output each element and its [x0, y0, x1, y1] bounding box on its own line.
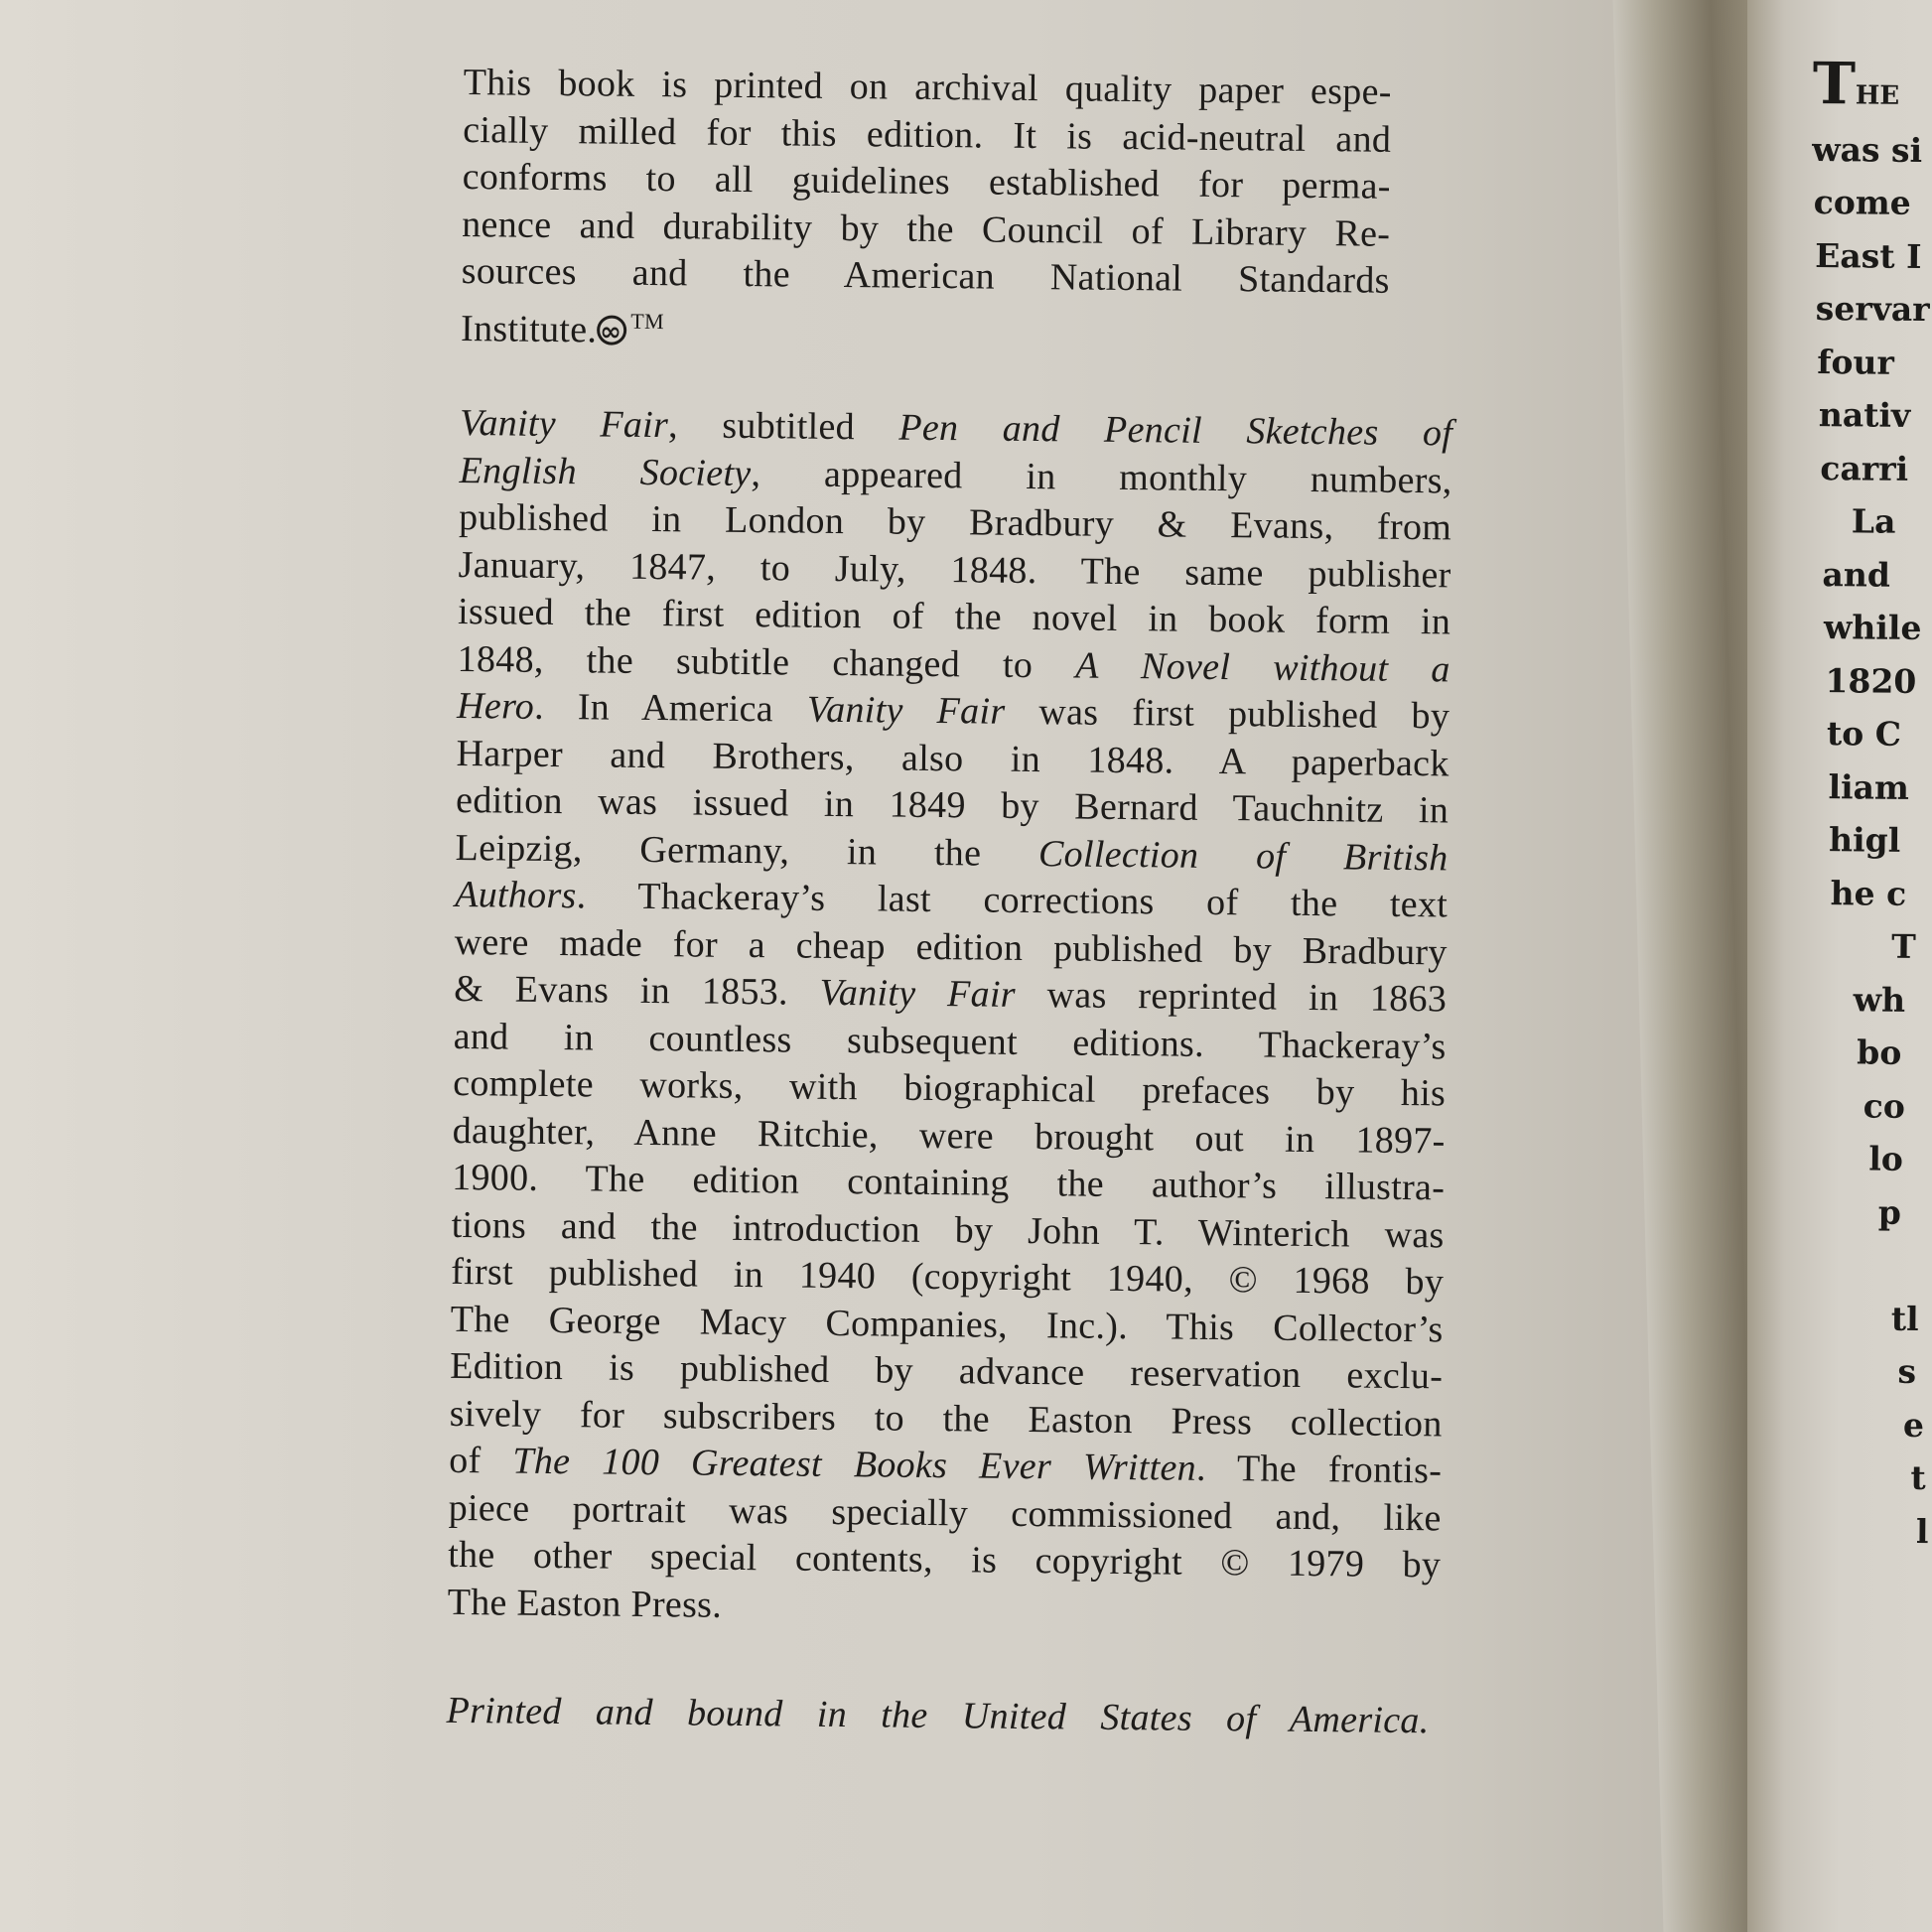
text-line-fragment: liam [1806, 759, 1932, 814]
text-run: first published in 1940 (copyright 1940,… [451, 1251, 1444, 1303]
italic-title-run: Hero [457, 685, 534, 728]
italic-title-run: English Society [459, 449, 751, 493]
chapter-opening-line: THE [1812, 55, 1932, 124]
text-line-fragment: nativ [1810, 388, 1932, 443]
italic-title-run: Vanity Fair [460, 402, 668, 446]
text-run: 1848, the subtitle changed to [457, 637, 1075, 686]
text-run: the other special contents, is copyright… [448, 1534, 1441, 1586]
facing-page-text-fragment: THE was sicomeEast Iservarfournativcarri… [1800, 55, 1932, 1559]
text-run: The George Macy Companies, Inc.). This C… [450, 1298, 1443, 1349]
text-run: , subtitled [668, 404, 899, 448]
text-run: January, 1847, to July, 1848. The same p… [458, 543, 1450, 595]
permanent-paper-infinity-icon: ∞ [597, 315, 626, 345]
italic-title-run: Pen and Pencil Sketches of [898, 407, 1452, 455]
text-line-fragment: t [1800, 1450, 1932, 1505]
text-run: piece portrait was specially commissione… [449, 1486, 1442, 1538]
text-run: 1900. The edition containing the author’… [452, 1157, 1445, 1208]
text-run: tions and the introduction by John T. Wi… [451, 1203, 1444, 1255]
text-line-fragment: lo [1803, 1132, 1932, 1186]
text-line-fragment: T [1805, 919, 1932, 974]
italic-title-run: Collection of British [1038, 833, 1449, 879]
text-line-fragment: e [1801, 1397, 1932, 1451]
text-run: . Thackeray’s last corrections of the te… [576, 875, 1448, 925]
italic-title-run: A Novel without a [1075, 644, 1450, 690]
text-line-fragment: and [1808, 547, 1932, 602]
text-line-fragment: s [1801, 1344, 1932, 1399]
text-run: The Easton Press. [448, 1581, 723, 1625]
archival-paper-notice: This book is printed on archival quality… [461, 60, 1392, 362]
text-run: . The frontis- [1196, 1448, 1443, 1492]
text-run: & Evans in 1853. [454, 968, 820, 1014]
text-run: published in London by Bradbury & Evans,… [459, 496, 1451, 548]
institute-text: Institute. [461, 307, 597, 349]
small-caps-word: HE [1856, 80, 1900, 110]
copyright-page-text: This book is printed on archival quality… [446, 60, 1456, 1745]
text-line-fragment: while [1808, 601, 1932, 655]
text-line-fragment: was si [1812, 122, 1932, 177]
text-line-fragment: four [1810, 335, 1932, 389]
text-line-fragment: East I [1811, 228, 1932, 283]
text-run: , appeared in monthly numbers, [751, 453, 1452, 501]
text-run: Leipzig, Germany, in the [455, 826, 1038, 874]
text-run: was reprinted in 1863 [1016, 974, 1448, 1021]
text-run: and in countless subsequent editions. Th… [453, 1015, 1446, 1066]
italic-title-run: The 100 Greatest Books Ever Written [512, 1441, 1196, 1489]
text-line-fragment: La [1809, 494, 1932, 549]
publication-history-paragraph: Vanity Fair, subtitled Pen and Pencil Sk… [447, 400, 1452, 1636]
text-line-fragment: carri [1809, 441, 1932, 495]
text-run: were made for a cheap edition published … [454, 920, 1447, 972]
italic-title-run: Vanity Fair [819, 972, 1016, 1016]
text-line-fragment [1802, 1238, 1932, 1293]
text-line-fragment: servar [1811, 282, 1932, 337]
text-line-fragment: come [1811, 176, 1932, 230]
text-run: Edition is published by advance reservat… [450, 1345, 1443, 1397]
text-run: sively for subscribers to the Easton Pre… [450, 1392, 1443, 1444]
text-line-fragment: p [1803, 1184, 1932, 1239]
text-line-fragment: co [1804, 1078, 1932, 1133]
text-line: Institute.∞TM [461, 295, 1390, 361]
text-line-fragment: tl [1802, 1291, 1932, 1345]
text-run: complete works, with biographical prefac… [453, 1062, 1446, 1114]
text-line-fragment: wh [1804, 972, 1932, 1027]
text-line-fragment: higl [1806, 813, 1932, 868]
drop-cap: T [1812, 50, 1856, 117]
italic-title-run: Authors [455, 874, 577, 916]
text-run: edition was issued in 1849 by Bernard Ta… [456, 779, 1449, 831]
text-run: . In America [534, 686, 807, 731]
text-line-fragment: he c [1805, 866, 1932, 920]
text-run: was first published by [1005, 691, 1449, 738]
text-line-fragment: l [1800, 1503, 1932, 1558]
italic-title-run: Vanity Fair [807, 689, 1006, 733]
text-line-fragment: bo [1804, 1026, 1932, 1080]
text-line-fragment: 1820 [1807, 653, 1932, 708]
trademark-symbol: TM [630, 308, 664, 333]
text-run: issued the first edition of the novel in… [458, 591, 1450, 642]
text-run: of [449, 1440, 513, 1482]
text-run: Harper and Brothers, also in 1848. A pap… [456, 732, 1449, 783]
text-run: daughter, Anne Ritchie, were brought out… [452, 1109, 1445, 1161]
text-line-fragment: to C [1807, 707, 1932, 761]
